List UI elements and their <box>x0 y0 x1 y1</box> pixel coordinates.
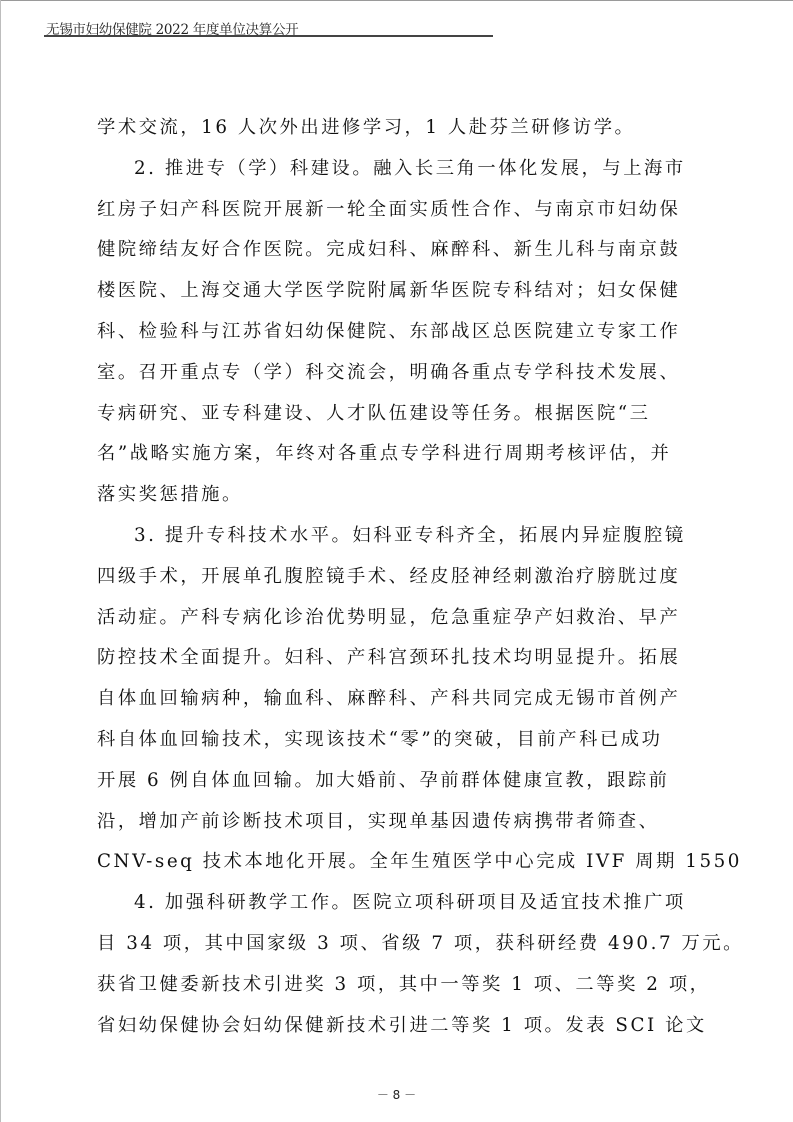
page-edge-top <box>0 0 793 1</box>
page-number: － 8 － <box>0 1086 793 1103</box>
body-line: CNV-seq 技术本地化开展。全年生殖医学中心完成 IVF 周期 1550 <box>97 842 712 883</box>
section-heading-line: 2. 推进专（学）科建设。融入长三角一体化发展，与上海市 <box>97 149 712 190</box>
section-heading-line: 4. 加强科研教学工作。医院立项科研项目及适宜技术推广项 <box>97 883 712 924</box>
body-line: 目 34 项，其中国家级 3 项、省级 7 项，获科研经费 490.7 万元。 <box>97 924 712 965</box>
body-line: 楼医院、上海交通大学医学院附属新华医院专科结对；妇女保健 <box>97 271 712 312</box>
body-line: 科、检验科与江苏省妇幼保健院、东部战区总医院建立专家工作 <box>97 312 712 353</box>
body-line: 健院缔结友好合作医院。完成妇科、麻醉科、新生儿科与南京鼓 <box>97 230 712 271</box>
body-line: 防控技术全面提升。妇科、产科宫颈环扎技术均明显提升。拓展 <box>97 638 712 679</box>
section-heading-line: 3. 提升专科技术水平。妇科亚专科齐全，拓展内异症腹腔镜 <box>97 516 712 557</box>
body-line: 四级手术，开展单孔腹腔镜手术、经皮胫神经刺激治疗膀胱过度 <box>97 557 712 598</box>
body-line: 开展 6 例自体血回输。加大婚前、孕前群体健康宣教，跟踪前 <box>97 761 712 802</box>
body-line: 学术交流，16 人次外出进修学习，1 人赴芬兰研修访学。 <box>97 108 712 149</box>
body-line: 沿，增加产前诊断技术项目，实现单基因遗传病携带者筛查、 <box>97 802 712 843</box>
body-line: 活动症。产科专病化诊治优势明显，危急重症孕产妇救治、早产 <box>97 598 712 639</box>
body-line: 红房子妇产科医院开展新一轮全面实质性合作、与南京市妇幼保 <box>97 190 712 231</box>
body-line: 省妇幼保健协会妇幼保健新技术引进二等奖 1 项。发表 SCI 论文 <box>97 1006 712 1047</box>
document-body: 学术交流，16 人次外出进修学习，1 人赴芬兰研修访学。 2. 推进专（学）科建… <box>97 108 712 1046</box>
body-line: 专病研究、亚专科建设、人才队伍建设等任务。根据医院“三 <box>97 394 712 435</box>
body-line: 室。召开重点专（学）科交流会，明确各重点专学科技术发展、 <box>97 353 712 394</box>
body-line: 科自体血回输技术，实现该技术“零”的突破，目前产科已成功 <box>97 720 712 761</box>
page-edge-left <box>0 0 1 1122</box>
body-line: 自体血回输病种，输血科、麻醉科、产科共同完成无锡市首例产 <box>97 679 712 720</box>
header-divider <box>44 35 493 37</box>
body-line: 名”战略实施方案，年终对各重点专学科进行周期考核评估，并 <box>97 434 712 475</box>
body-line: 获省卫健委新技术引进奖 3 项，其中一等奖 1 项、二等奖 2 项， <box>97 965 712 1006</box>
body-line: 落实奖惩措施。 <box>97 475 712 516</box>
